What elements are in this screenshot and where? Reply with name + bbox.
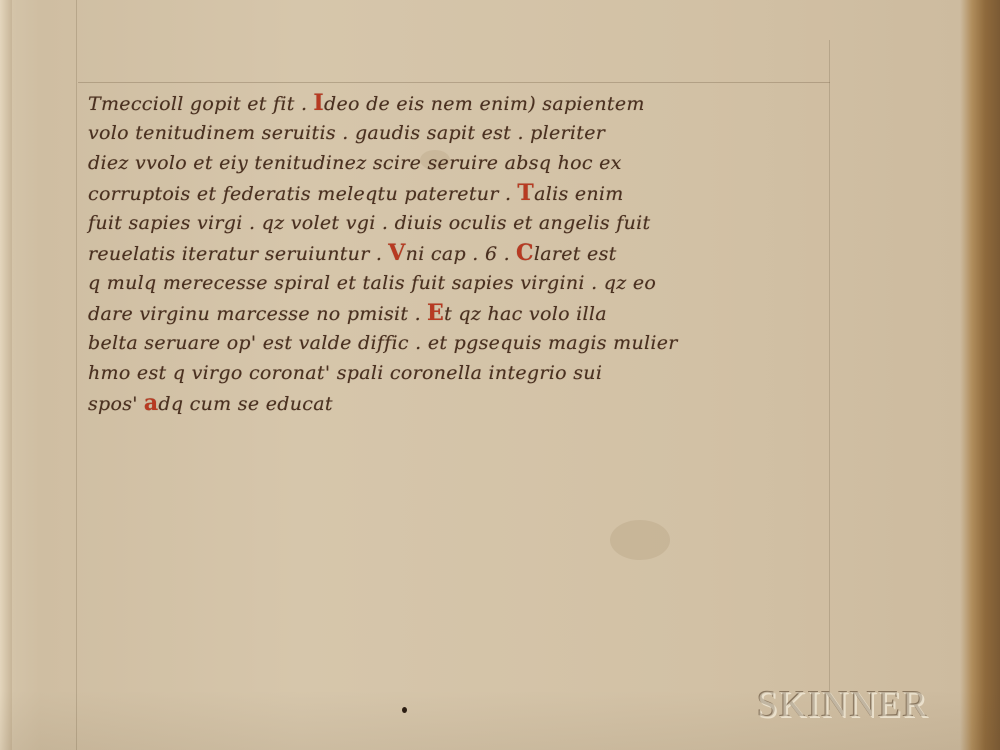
line-text: belta seruare op' est valde diffic . et … [88,332,678,354]
manuscript-line: belta seruare op' est valde diffic . et … [88,328,888,358]
parchment-stain [610,520,670,560]
line-text: diez vvolo et eiy tenitudinez scire seru… [88,152,622,174]
line-text: laret est [534,243,617,265]
manuscript-line: corruptois et federatis meleqtu pateretu… [88,178,888,208]
line-text: dq cum se educat [158,393,332,415]
line-text: reuelatis iteratur seruiuntur . [88,243,382,265]
rubricated-initial: a [144,390,159,416]
line-text: deo de eis nem enim) sapientem [324,93,645,115]
manuscript-line: q mulq merecesse spiral et talis fuit sa… [88,268,888,298]
rubricated-initial: E [427,300,444,326]
manuscript-line: dare virginu marcesse no pmisit .Et qz h… [88,298,888,328]
manuscript-line: Tmeccioll gopit et fit .Ideo de eis nem … [88,88,888,118]
manuscript-line: volo tenitudinem seruitis . gaudis sapit… [88,118,888,148]
skinner-watermark: SKINNER [757,683,929,727]
line-text: volo tenitudinem seruitis . gaudis sapit… [88,122,605,144]
line-text: ni cap . 6 . [406,243,510,265]
line-text: fuit sapies virgi . qz volet vgi . diuis… [88,212,650,234]
line-text: t qz hac volo illa [444,303,607,325]
rubricated-initial: T [517,180,534,206]
rubricated-initial: C [516,240,534,266]
line-text: spos' [88,393,138,415]
line-text: q mulq merecesse spiral et talis fuit sa… [88,272,656,294]
line-text: dare virginu marcesse no pmisit . [88,303,421,325]
manuscript-line: diez vvolo et eiy tenitudinez scire seru… [88,148,888,178]
rubricated-initial: V [388,240,405,266]
line-text: corruptois et federatis meleqtu pateretu… [88,183,511,205]
top-ruling-line [78,82,830,83]
manuscript-line: spos'adq cum se educat [88,388,888,418]
line-text: hmo est q virgo coronat' spali coronella… [88,362,602,384]
manuscript-line: reuelatis iteratur seruiuntur .Vni cap .… [88,238,888,268]
left-page-edge [0,0,12,750]
left-ruling-line [76,0,77,750]
line-text: alis enim [534,183,624,205]
manuscript-photo: Tmeccioll gopit et fit .Ideo de eis nem … [0,0,1000,750]
manuscript-line: fuit sapies virgi . qz volet vgi . diuis… [88,208,888,238]
manuscript-line: hmo est q virgo coronat' spali coronella… [88,358,888,388]
line-text: Tmeccioll gopit et fit . [88,93,307,115]
rubricated-initial: I [313,90,324,116]
manuscript-text-block: Tmeccioll gopit et fit .Ideo de eis nem … [88,88,888,418]
